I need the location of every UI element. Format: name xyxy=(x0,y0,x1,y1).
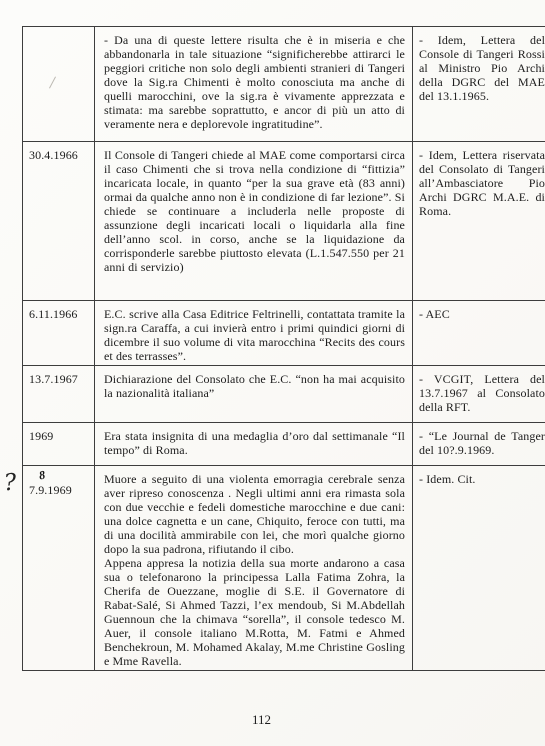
handwritten-correction: 8 xyxy=(38,468,46,483)
entry-paragraph: - Da una di queste lettere risulta che è… xyxy=(104,33,405,131)
table-row: 8 7.9.1969 Muore a seguito di una violen… xyxy=(23,466,545,671)
page-number: 112 xyxy=(0,712,523,728)
reference-text: - “Le Journal de Tanger del 10?.9.1969. xyxy=(419,429,545,457)
entry-paragraph: Il Console di Tangeri chiede al MAE come… xyxy=(104,148,405,274)
reference-cell: - Idem, Lettera del Console di Tangeri R… xyxy=(413,27,545,142)
scanned-document-page: ? - Da una di queste lettere risulta che… xyxy=(0,0,545,746)
reference-cell: - Idem, Lettera riservata del Consolato … xyxy=(413,142,545,301)
reference-cell: - “Le Journal de Tanger del 10?.9.1969. xyxy=(413,423,545,466)
reference-cell: - VCGIT, Lettera del 13.7.1967 al Consol… xyxy=(413,366,545,423)
reference-text: - AEC xyxy=(419,307,545,321)
entry-text-cell: E.C. scrive alla Casa Editrice Feltrinel… xyxy=(95,301,413,366)
entry-paragraph: Appena appresa la notizia della sua mort… xyxy=(104,556,405,668)
table-row: - Da una di queste lettere risulta che è… xyxy=(23,27,545,142)
entry-paragraph: Dichiarazione del Consolato che E.C. “no… xyxy=(104,372,405,400)
reference-text: - Idem. Cit. xyxy=(419,472,545,486)
entry-paragraph: Muore a seguito di una violenta emorragi… xyxy=(104,472,405,556)
entry-text-cell: Muore a seguito di una violenta emorragi… xyxy=(95,466,413,671)
chronology-table: - Da una di queste lettere risulta che è… xyxy=(22,26,545,671)
date-cell: 8 7.9.1969 xyxy=(23,466,95,671)
entry-paragraph: Era stata insignita di una medaglia d’or… xyxy=(104,429,405,457)
handwritten-question-mark: ? xyxy=(3,470,17,497)
reference-text: - Idem, Lettera del Console di Tangeri R… xyxy=(419,33,545,103)
reference-text: - Idem, Lettera riservata del Consolato … xyxy=(419,148,545,218)
reference-cell: - Idem. Cit. xyxy=(413,466,545,671)
date-cell: 30.4.1966 xyxy=(23,142,95,301)
entry-text-cell: Dichiarazione del Consolato che E.C. “no… xyxy=(95,366,413,423)
date-cell: 13.7.1967 xyxy=(23,366,95,423)
entry-paragraph: E.C. scrive alla Casa Editrice Feltrinel… xyxy=(104,307,405,363)
date-text: 7.9.1969 xyxy=(29,472,72,497)
date-cell: 1969 xyxy=(23,423,95,466)
date-cell: 6.11.1966 xyxy=(23,301,95,366)
table-row: 13.7.1967 Dichiarazione del Consolato ch… xyxy=(23,366,545,423)
date-cell xyxy=(23,27,95,142)
table-row: 6.11.1966 E.C. scrive alla Casa Editrice… xyxy=(23,301,545,366)
table-row: 30.4.1966 Il Console di Tangeri chiede a… xyxy=(23,142,545,301)
reference-text: - VCGIT, Lettera del 13.7.1967 al Consol… xyxy=(419,372,545,414)
entry-text-cell: Il Console di Tangeri chiede al MAE come… xyxy=(95,142,413,301)
reference-cell: - AEC xyxy=(413,301,545,366)
table-row: 1969 Era stata insignita di una medaglia… xyxy=(23,423,545,466)
entry-text-cell: - Da una di queste lettere risulta che è… xyxy=(95,27,413,142)
entry-text-cell: Era stata insignita di una medaglia d’or… xyxy=(95,423,413,466)
